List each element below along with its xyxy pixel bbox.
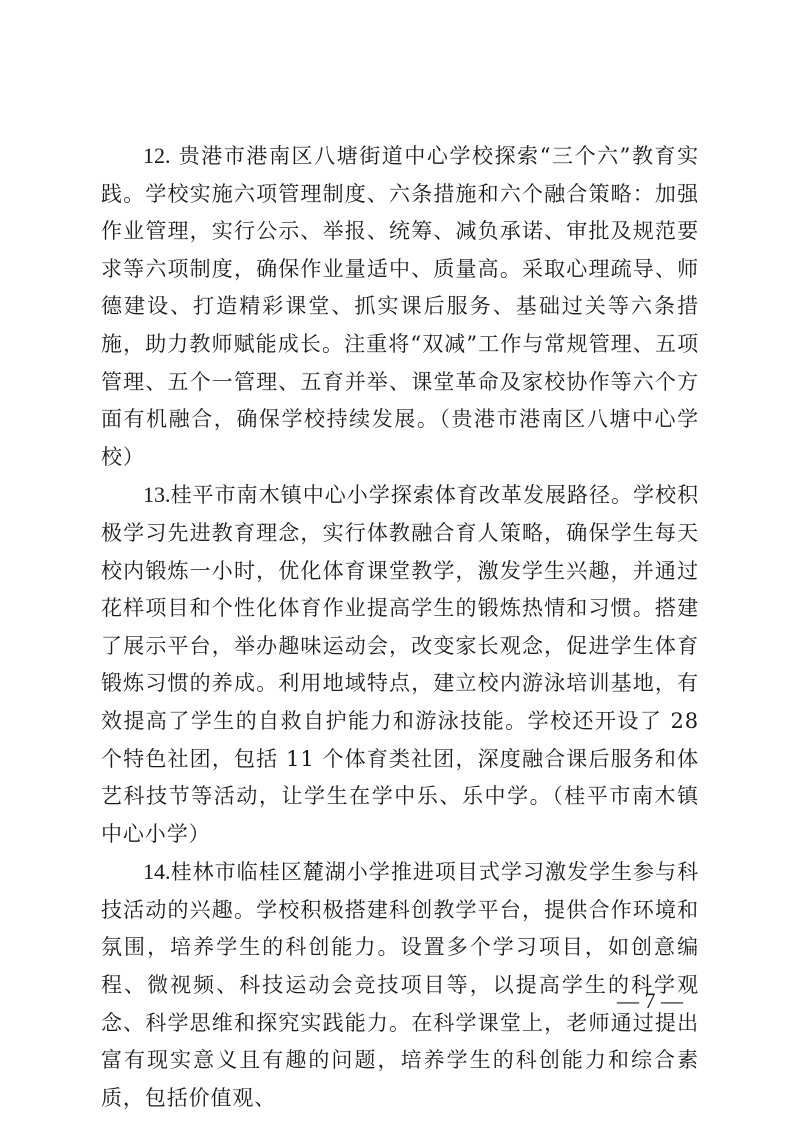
body-text: 12. 贵港市港南区八塘街道中心学校探索“三个六”教育实践。学校实施六项管理制度… xyxy=(101,137,699,1117)
page-number: — 7 — xyxy=(610,988,690,1014)
paragraph-number: 14. xyxy=(143,859,171,884)
paragraph-text: 贵港市港南区八塘街道中心学校探索“三个六”教育实践。学校实施六项管理制度、六条措… xyxy=(101,144,699,469)
paragraph-number: 13. xyxy=(143,482,171,507)
paragraph-14: 14.桂林市临桂区麓湖小学推进项目式学习激发学生参与科技活动的兴趣。学校积极搭建… xyxy=(101,853,699,1117)
paragraph-text: 桂林市临桂区麓湖小学推进项目式学习激发学生参与科技活动的兴趣。学校积极搭建科创教… xyxy=(101,860,699,1110)
paragraph-13: 13.桂平市南木镇中心小学探索体育改革发展路径。学校积极学习先进教育理念，实行体… xyxy=(101,476,699,853)
paragraph-number: 12. xyxy=(143,143,171,168)
document-page: 12. 贵港市港南区八塘街道中心学校探索“三个六”教育实践。学校实施六项管理制度… xyxy=(0,0,794,1123)
paragraph-12: 12. 贵港市港南区八塘街道中心学校探索“三个六”教育实践。学校实施六项管理制度… xyxy=(101,137,699,476)
paragraph-text: 桂平市南木镇中心小学探索体育改革发展路径。学校积极学习先进教育理念，实行体教融合… xyxy=(101,483,699,845)
